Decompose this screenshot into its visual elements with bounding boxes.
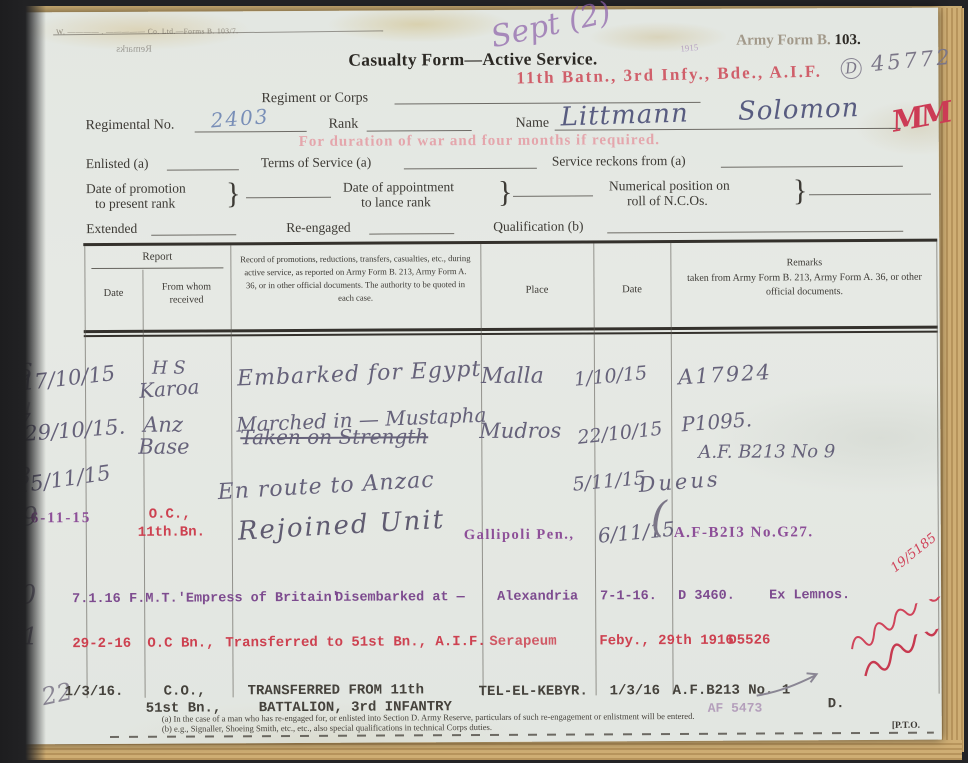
entry-r7-from-line1: C.O., [164, 683, 206, 699]
promotion-label-line2: to present rank [95, 196, 175, 212]
qualification-label: Qualification (b) [493, 218, 583, 234]
entry-r7-remarks-faint: AF 5473 [708, 701, 763, 716]
entry-r1-place: Malla [481, 364, 544, 389]
header-place: Place [480, 284, 593, 296]
reengaged-label: Re-engaged [286, 220, 351, 236]
promotion-brace: } [226, 177, 241, 211]
numerical-label-line2: roll of N.C.Os. [627, 193, 708, 209]
entry-r5-date: 7.1.16 [72, 592, 121, 607]
rank-label: Rank [329, 117, 359, 133]
terms-of-service-label: Terms of Service (a) [261, 155, 371, 172]
entry-r7-record-line1: TRANSFERRED FROM 11th [248, 682, 425, 699]
qualification-line [607, 218, 903, 234]
extended-line [151, 221, 236, 235]
footnote-b: (b) e.g., Signaller, Shoeing Smith, etc.… [162, 722, 492, 734]
entry-r2-remarks-line2: A.F. B213 No 9 [698, 441, 835, 463]
entry-r6-record: Transferred to 51st Bn., A.I.F. [225, 634, 486, 651]
enlisted-label: Enlisted (a) [86, 156, 149, 172]
faded-stamp-fragment: 1915 [680, 42, 699, 54]
entry-r6-date: 29-2-16 [72, 636, 131, 652]
rank-line [367, 117, 472, 132]
header-from-whom: From whom received [144, 280, 228, 306]
appointment-label-line1: Date of appointment [343, 179, 454, 196]
numerical-line [809, 181, 931, 196]
pto-label: [P.T.O. [892, 721, 920, 731]
entry-r2-place: Mudros [479, 419, 561, 443]
entry-r5-remarks-1: D 3460. [678, 589, 735, 604]
header-date2: Date [593, 284, 670, 295]
entry-r4-place-stamp: Gallipoli Pen., [464, 527, 575, 545]
entry-r7-date2: 1/3/16 [610, 683, 661, 699]
entry-r6-date2: Feby., 29th 1916 [599, 633, 734, 650]
entry-r6-place: Serapeum [489, 634, 556, 650]
army-form-number-bold: 103. [834, 32, 860, 48]
entry-r7-remarks-d: D. [828, 696, 845, 712]
extended-label: Extended [86, 221, 137, 237]
entry-r5-from: F.M.T.'Empress of Britain' [129, 591, 340, 607]
entry-r4-from-line1: O.C., [149, 507, 191, 523]
service-reckons-label: Service reckons from (a) [552, 153, 686, 170]
entry-r5-place: Alexandria [497, 590, 578, 605]
name-label: Name [516, 116, 550, 132]
header-date: Date [85, 288, 143, 299]
entry-r6-remarks: D5526 [728, 633, 770, 649]
duration-of-war-stamp: For duration of war and four months if r… [299, 132, 660, 151]
regiment-or-corps-label: Regiment or Corps [261, 91, 368, 108]
reengaged-line [369, 220, 454, 234]
numerical-brace: } [793, 174, 808, 208]
pencil-arrow-icon [754, 669, 824, 699]
regimental-no-label: Regimental No. [86, 118, 175, 134]
regimental-no-value: 2403 [210, 104, 271, 132]
appointment-label-line2: to lance rank [361, 194, 431, 210]
numerical-label-line1: Numerical position on [609, 178, 730, 195]
entry-r2-from-line1: Anz [143, 413, 183, 437]
entry-r1-from-line2: Karoa [138, 374, 200, 402]
entry-r4-remarks-stamp: A.F-B2I3 No.G27. [674, 524, 814, 542]
header-remarks-title: Remarks [677, 256, 931, 272]
binding-gutter-shadow [0, 0, 46, 763]
entry-r7-place: TEL-EL-KEBYR. [479, 683, 588, 700]
scanned-document-page: W. ———— . ————— Co. Ltd.—Forms B. 103/7.… [0, 0, 968, 763]
entry-r7-date: 1/3/16. [65, 684, 124, 700]
entry-r5-date2: 7-1-16. [600, 589, 657, 604]
header-remarks-rest: taken from Army Form B. 213, Army Form A… [687, 271, 922, 297]
header-remarks: Remarks taken from Army Form B. 213, Arm… [677, 256, 931, 301]
promotion-line [246, 184, 331, 198]
promotion-label-line1: Date of promotion [86, 181, 186, 198]
terms-line [404, 155, 537, 170]
army-form-number-faded: Army Form B. [736, 32, 831, 48]
appointment-brace: } [498, 176, 513, 210]
army-form-number: Army Form B. 103. [736, 32, 861, 50]
enlisted-line [167, 156, 239, 170]
entry-r6-from: O.C Bn., [147, 635, 214, 651]
entry-r4-from-line2: 11th.Bn. [138, 524, 205, 540]
entry-r5-remarks-2: Ex Lemnos. [769, 588, 850, 603]
entry-r2-record-struck: Taken on Strength [240, 424, 428, 449]
entry-r4-pencil-paren: ( [651, 492, 668, 541]
casualty-form-sheet: W. ———— . ————— Co. Ltd.—Forms B. 103/7.… [0, 0, 968, 763]
service-reckons-line [721, 153, 903, 168]
header-report: Report [84, 250, 230, 263]
entry-r5-record: Disembarked at — [335, 590, 465, 606]
header-record: Record of promotions, reductions, transf… [238, 252, 472, 305]
bleedthrough-remarks-text: Remarks [116, 44, 152, 55]
entry-r2-from-line2: Base [138, 435, 189, 459]
appointment-line [513, 182, 593, 196]
circled-letter: D [840, 57, 863, 80]
